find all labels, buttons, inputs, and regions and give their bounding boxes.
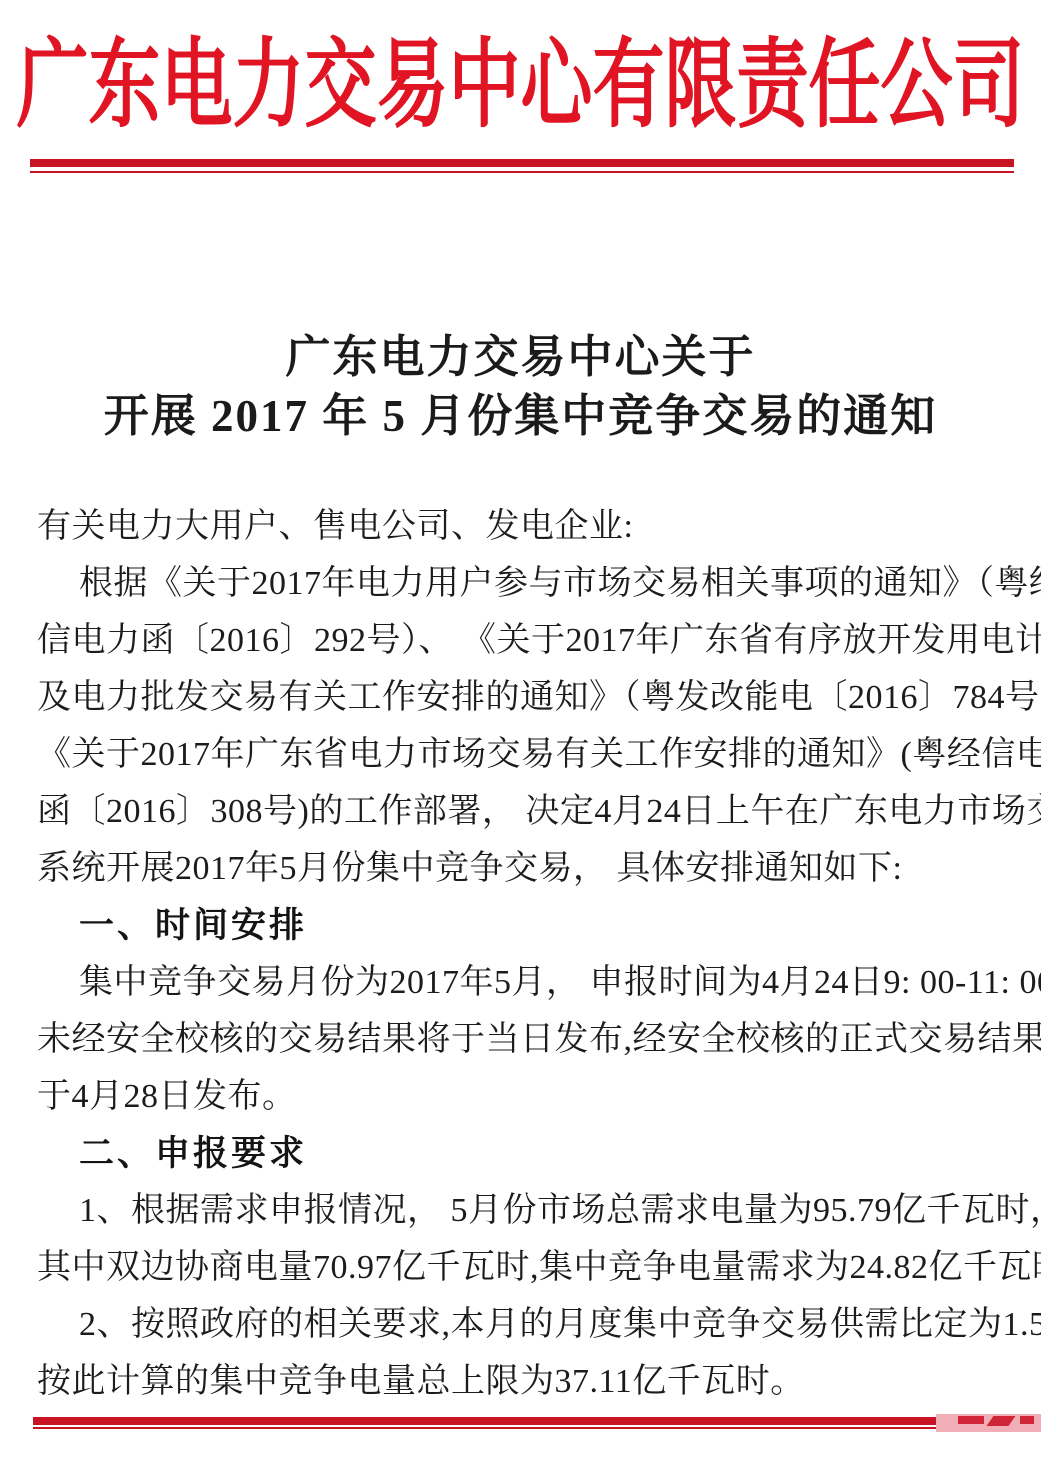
section-heading-1: 一、时间安排	[37, 897, 1015, 954]
watermark-mark	[958, 1416, 984, 1424]
body-line: 按此计算的集中竞争电量总上限为37.11亿千瓦时。	[37, 1353, 1015, 1410]
doc-title-line-2: 开展 2017 年 5 月份集中竞争交易的通知	[0, 387, 1041, 446]
watermark-mark	[986, 1416, 1015, 1426]
letterhead-rule-thick	[30, 159, 1014, 167]
letterhead-rule-thin	[30, 171, 1014, 173]
doc-title: 广东电力交易中心关于 开展 2017 年 5 月份集中竞争交易的通知	[0, 328, 1041, 446]
section-heading-2: 二、申报要求	[37, 1125, 1015, 1182]
letterhead-rule	[30, 159, 1014, 175]
body-line: 于4月28日发布。	[37, 1068, 1015, 1125]
body-line: 函〔2016〕308号)的工作部署， 决定4月24日上午在广东电力市场交易	[37, 783, 1015, 840]
letterhead-company-name: 广东电力交易中心有限责任公司	[0, 6, 1041, 146]
body-line: 《关于2017年广东省电力市场交易有关工作安排的通知》(粤经信电力	[37, 726, 1015, 783]
watermark-artifact	[936, 1414, 1041, 1432]
body-line: 其中双边协商电量70.97亿千瓦时,集中竞争电量需求为24.82亿千瓦时。	[37, 1239, 1015, 1296]
body-line: 未经安全校核的交易结果将于当日发布,经安全校核的正式交易结果将	[37, 1011, 1015, 1068]
watermark-mark	[1020, 1416, 1034, 1424]
body-line: 信电力函〔2016〕292号）、 《关于2017年广东省有序放开发用电计划	[37, 612, 1015, 669]
footer-rule-thick	[33, 1417, 1041, 1425]
body-line: 根据《关于2017年电力用户参与市场交易相关事项的通知》（粤经	[37, 555, 1015, 612]
document-body: 有关电力大用户、售电公司、发电企业: 根据《关于2017年电力用户参与市场交易相…	[37, 498, 1015, 1410]
body-line: 及电力批发交易有关工作安排的通知》（粤发改能电〔2016〕784号）、	[37, 669, 1015, 726]
body-line: 1、根据需求申报情况， 5月份市场总需求电量为95.79亿千瓦时，	[37, 1182, 1015, 1239]
doc-title-line-1: 广东电力交易中心关于	[0, 328, 1041, 387]
body-line: 系统开展2017年5月份集中竞争交易， 具体安排通知如下:	[37, 840, 1015, 897]
document-page: 广东电力交易中心有限责任公司 广东电力交易中心关于 开展 2017 年 5 月份…	[0, 0, 1041, 1467]
salutation-line: 有关电力大用户、售电公司、发电企业:	[37, 498, 1015, 555]
body-line: 2、按照政府的相关要求,本月的月度集中竞争交易供需比定为1.5，	[37, 1296, 1015, 1353]
body-line: 集中竞争交易月份为2017年5月， 申报时间为4月24日9: 00-11: 00…	[37, 954, 1015, 1011]
footer-rule	[33, 1417, 1041, 1431]
footer-rule-thin	[33, 1427, 1041, 1429]
